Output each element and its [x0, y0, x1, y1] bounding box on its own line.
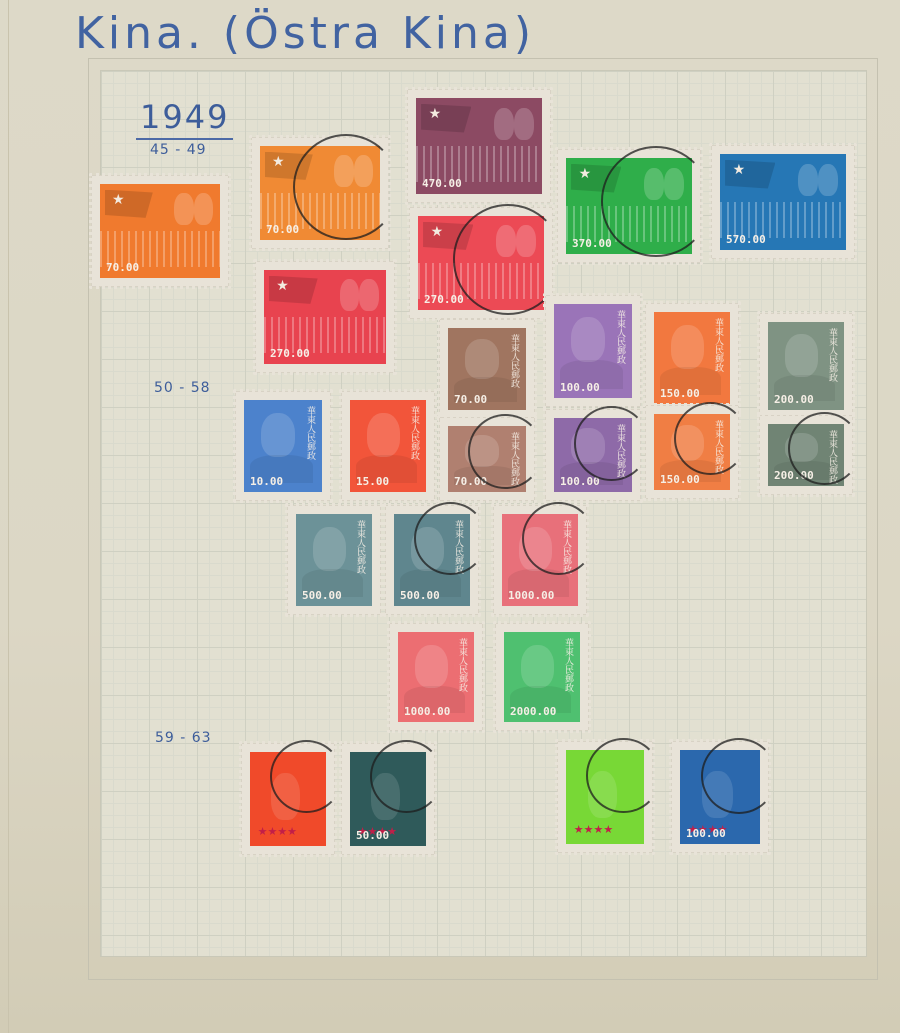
portrait	[465, 435, 499, 467]
stamp-image: 華東人民郵政1000.00	[398, 632, 474, 722]
stamp-image: 華東人民郵政70.00	[448, 426, 526, 492]
page-title: Kina. (Östra Kina)	[75, 8, 535, 59]
denomination: 500.00	[400, 589, 440, 602]
stamp-image: 華東人民郵政2000.00	[504, 632, 580, 722]
stamp: 華東人民郵政150.00	[646, 406, 738, 498]
star-icon: ★	[112, 192, 125, 208]
year-heading: 1949	[136, 98, 233, 140]
stamp: 華東人民郵政500.00	[386, 506, 478, 614]
stamp-image: 華東人民郵政500.00	[394, 514, 470, 606]
portrait	[588, 771, 618, 818]
issuer-text: 華東人民郵政	[614, 424, 627, 478]
stamp-image: 華東人民郵政10.00	[244, 400, 322, 492]
stamp: ★★★★100.00	[672, 742, 768, 852]
stamp-image: 華東人民郵政100.00	[554, 304, 632, 398]
stamp-image: ★70.00	[100, 184, 220, 278]
stamp-image: ★270.00	[418, 216, 544, 310]
stamp: 華東人民郵政1000.00	[390, 624, 482, 730]
portrait	[519, 527, 552, 571]
portrait	[261, 413, 295, 457]
star-icon: ★	[276, 278, 289, 294]
issuer-text: 華東人民郵政	[826, 328, 839, 382]
stamp: 華東人民郵政10.00	[236, 392, 330, 500]
stamp-image: 華東人民郵政15.00	[350, 400, 426, 492]
issuer-text: 華東人民郵政	[560, 520, 573, 574]
portrait	[671, 325, 704, 369]
issuer-text: 華東人民郵政	[456, 638, 469, 692]
portrait	[644, 168, 664, 201]
denomination: 70.00	[454, 475, 487, 488]
denomination: 50.00	[356, 829, 389, 842]
portrait	[354, 155, 373, 187]
denomination: 70.00	[266, 223, 299, 236]
portrait	[818, 164, 838, 197]
stamp: 華東人民郵政200.00	[760, 416, 852, 494]
denomination: 200.00	[774, 393, 814, 406]
denomination: 270.00	[424, 293, 464, 306]
overprint-stars: ★★★★	[574, 823, 613, 836]
page-edge	[8, 0, 9, 1033]
portrait	[671, 425, 704, 461]
star-icon: ★	[733, 162, 746, 178]
portrait	[496, 225, 516, 257]
stamp-image: ★★★★100.00	[680, 750, 760, 844]
denomination: 570.00	[726, 233, 766, 246]
stamp: 華東人民郵政70.00	[440, 320, 534, 418]
portrait	[465, 339, 499, 378]
issuer-text: 華東人民郵政	[452, 520, 465, 574]
issuer-text: 華東人民郵政	[408, 406, 421, 460]
stamp: ★470.00	[408, 90, 550, 202]
portrait	[371, 773, 400, 820]
denomination: 100.00	[560, 475, 600, 488]
stamp-image: 華東人民郵政200.00	[768, 424, 844, 486]
denomination: 500.00	[302, 589, 342, 602]
portrait	[340, 279, 360, 311]
stamp-image: ★★★★50.00	[350, 752, 426, 846]
issuer-text: 華東人民郵政	[712, 420, 725, 474]
portrait	[367, 413, 400, 457]
issuer-text: 華東人民郵政	[508, 432, 521, 486]
portrait	[174, 193, 193, 225]
denomination: 1000.00	[404, 705, 450, 718]
portrait	[415, 645, 448, 688]
stamp: 華東人民郵政200.00	[760, 314, 852, 418]
stamp-image: 華東人民郵政70.00	[448, 328, 526, 410]
issuer-text: 華東人民郵政	[826, 430, 839, 484]
portrait	[494, 108, 514, 141]
issuer-text: 華東人民郵政	[562, 638, 575, 692]
star-icon: ★	[431, 224, 444, 240]
stamp-image: ★270.00	[264, 270, 386, 364]
denomination: 15.00	[356, 475, 389, 488]
portrait	[571, 428, 605, 464]
stamp: ★★★★	[558, 742, 652, 852]
section-range-2: 50 - 58	[154, 380, 211, 396]
portrait	[514, 108, 534, 141]
portrait	[785, 433, 818, 463]
stamp: 華東人民郵政2000.00	[496, 624, 588, 730]
stamp-image: ★★★★	[566, 750, 644, 844]
portrait	[271, 773, 300, 820]
stamp-image: 華東人民郵政150.00	[654, 312, 730, 404]
portrait	[664, 168, 684, 201]
stamp: ★★★★50.00	[342, 744, 434, 854]
stamp-image: 華東人民郵政500.00	[296, 514, 372, 606]
denomination: 70.00	[106, 261, 139, 274]
stamp-image: ★470.00	[416, 98, 542, 194]
stamp-image: ★570.00	[720, 154, 846, 250]
denomination: 100.00	[560, 381, 600, 394]
stamp: ★270.00	[410, 208, 552, 318]
stamp: ★370.00	[558, 150, 700, 262]
stamp-image: 華東人民郵政150.00	[654, 414, 730, 490]
denomination: 70.00	[454, 393, 487, 406]
stamp: 華東人民郵政100.00	[546, 296, 640, 406]
issuer-text: 華東人民郵政	[508, 334, 521, 388]
stamp: 華東人民郵政500.00	[288, 506, 380, 614]
stamp-image: 華東人民郵政1000.00	[502, 514, 578, 606]
portrait	[334, 155, 353, 187]
issuer-text: 華東人民郵政	[614, 310, 627, 364]
star-icon: ★	[429, 106, 442, 122]
denomination: 150.00	[660, 387, 700, 400]
portrait	[359, 279, 379, 311]
portrait	[798, 164, 818, 197]
portrait	[516, 225, 536, 257]
denomination: 270.00	[270, 347, 310, 360]
stamp-image: 華東人民郵政200.00	[768, 322, 844, 410]
denomination: 150.00	[660, 473, 700, 486]
stamp: ★70.00	[92, 176, 228, 286]
stamp: ★270.00	[256, 262, 394, 372]
stamp: 華東人民郵政150.00	[646, 304, 738, 412]
denomination: 200.00	[774, 469, 814, 482]
stamp: ★70.00	[252, 138, 388, 248]
issuer-text: 華東人民郵政	[304, 406, 317, 460]
stamp: 華東人民郵政70.00	[440, 418, 534, 500]
album-page: Kina. (Östra Kina) 1949 45 - 49 50 - 58 …	[0, 0, 900, 1033]
stamp-image: 華東人民郵政100.00	[554, 418, 632, 492]
section-range-1: 45 - 49	[150, 142, 207, 158]
denomination: 2000.00	[510, 705, 556, 718]
stamp-image: ★★★★	[250, 752, 326, 846]
star-icon: ★	[579, 166, 592, 182]
stamp: 華東人民郵政1000.00	[494, 506, 586, 614]
denomination: 370.00	[572, 237, 612, 250]
stamp: ★570.00	[712, 146, 854, 258]
portrait	[571, 317, 605, 362]
portrait	[785, 334, 818, 376]
denomination: 100.00	[686, 827, 726, 840]
star-icon: ★	[272, 154, 285, 170]
portrait	[411, 527, 444, 571]
overprint-stars: ★★★★	[258, 825, 297, 838]
stamp: 華東人民郵政15.00	[342, 392, 434, 500]
stamp: ★★★★	[242, 744, 334, 854]
portrait	[702, 771, 732, 818]
issuer-text: 華東人民郵政	[712, 318, 725, 372]
stamp-image: ★370.00	[566, 158, 692, 254]
denomination: 470.00	[422, 177, 462, 190]
portrait	[313, 527, 346, 571]
stamp-image: ★70.00	[260, 146, 380, 240]
denomination: 10.00	[250, 475, 283, 488]
issuer-text: 華東人民郵政	[354, 520, 367, 574]
portrait	[194, 193, 213, 225]
portrait	[521, 645, 554, 688]
section-range-3: 59 - 63	[155, 730, 212, 746]
denomination: 1000.00	[508, 589, 554, 602]
stamp: 華東人民郵政100.00	[546, 410, 640, 500]
